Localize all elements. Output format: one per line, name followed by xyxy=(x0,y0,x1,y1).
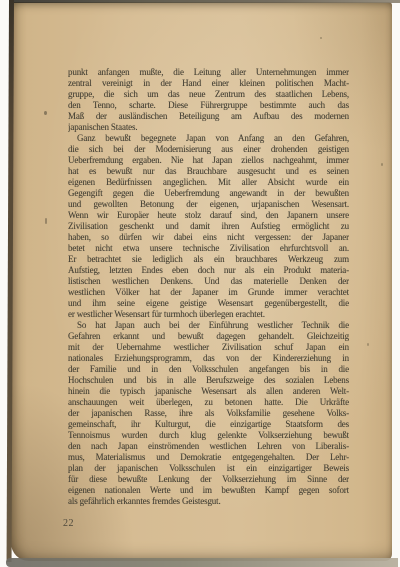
text-line: der Familie und in den Volksschulen ange… xyxy=(68,364,349,375)
text-line: Maß der ausländischen Beteiligung am Auf… xyxy=(68,111,349,122)
text-line: westlichen Völker hat der Japaner im Gru… xyxy=(68,287,349,298)
text-line: Zivilisation geschenkt und damit ihren A… xyxy=(68,221,349,232)
text-line: nationales Erziehungsprogramm, das von d… xyxy=(68,353,349,364)
text-block: punkt anfangen mußte, die Leitung aller … xyxy=(68,67,349,507)
text-line: Ueberfremdung ergaben. Nie hat Japan zie… xyxy=(68,155,349,166)
text-line: Aufstieg, letzten Endes eben doch nur al… xyxy=(68,265,349,276)
scan-bottom-edge xyxy=(6,558,398,567)
text-line: den Tenno, scharte. Diese Führergruppe b… xyxy=(68,100,349,111)
text-line: punkt anfangen mußte, die Leitung aller … xyxy=(68,67,349,78)
scan-top-edge xyxy=(12,0,400,3)
text-line: mit der Uebernahme westlicher Zivilisati… xyxy=(68,342,349,353)
paragraph: Ganz bewußt begegnete Japan von Anfang a… xyxy=(68,133,349,320)
text-line: anschauungen weit überlegen, zu betonen … xyxy=(68,397,349,408)
text-line: den nach Japan einströmenden westlichen … xyxy=(68,441,349,452)
paragraph: So hat Japan auch bei der Einführung wes… xyxy=(68,320,349,507)
text-line: als gefährlich erkanntes fremdes Geistes… xyxy=(68,496,349,507)
text-line: gemeinschaft, ihr Kulturgut, die einziga… xyxy=(68,419,349,430)
page-number: 22 xyxy=(63,518,74,529)
text-line: plan der japanischen Volksschulen ist ei… xyxy=(68,463,349,474)
text-line: listischen westlichen Denkens. Und das m… xyxy=(68,276,349,287)
text-line: gruppe, die sich um das neue Zentrum des… xyxy=(68,89,349,100)
text-line: Wenn wir Europäer heute stolz darauf sin… xyxy=(68,210,349,221)
text-line: der japanischen Rasse, ihre als Volksfam… xyxy=(68,408,349,419)
text-line: und gewollten Betonung der eigenen, urja… xyxy=(68,199,349,210)
text-line: Gegengift gegen die Ueberfremdung angewa… xyxy=(68,188,349,199)
text-line: und ihm seine eigene geistige Wesensart … xyxy=(68,298,349,309)
text-line: für diese bewußte Lenkung der Volkserzie… xyxy=(68,474,349,485)
text-line: Er betrachtet sie lediglich als ein brau… xyxy=(68,254,349,265)
text-line: Hochschulen und bis in alle Berufszweige… xyxy=(68,375,349,386)
scanned-book-page: punkt anfangen mußte, die Leitung aller … xyxy=(0,0,400,567)
ink-speck xyxy=(320,37,322,39)
paragraph: punkt anfangen mußte, die Leitung aller … xyxy=(68,67,349,133)
text-line: Gefahren erkannt und bewußt dagegen geha… xyxy=(68,331,349,342)
text-line: eigenen nationalen Werte und im bewußten… xyxy=(68,485,349,496)
text-line: japanischen Staates. xyxy=(68,122,349,133)
text-line: hinein die typisch japanische Wesensart … xyxy=(68,386,349,397)
text-line: mus, Materialismus und Demokratie entgeg… xyxy=(68,452,349,463)
text-line: er westlicher Wesensart für turmhoch übe… xyxy=(68,309,349,320)
text-line: betet nicht etwa unsere technische Zivil… xyxy=(68,243,349,254)
ink-speck xyxy=(45,218,47,224)
text-line: eigenen Bedürfnissen angeglichen. Mit al… xyxy=(68,177,349,188)
ink-speck xyxy=(367,343,369,346)
text-line: Tennoismus wurden durch klug gelenkte Vo… xyxy=(68,430,349,441)
text-line: hat es bewußt nur das Brauchbare ausgesu… xyxy=(68,166,349,177)
text-line: haben, so dürfen wir dabei eins nicht ve… xyxy=(68,232,349,243)
ink-speck xyxy=(381,163,383,166)
ink-speck xyxy=(44,111,47,115)
text-line: So hat Japan auch bei der Einführung wes… xyxy=(68,320,349,331)
text-line: Ganz bewußt begegnete Japan von Anfang a… xyxy=(68,133,349,144)
text-line: die sich bei der Modernisierung aus eine… xyxy=(68,144,349,155)
text-line: zentral vereinigt in der Hand einer klei… xyxy=(68,78,349,89)
